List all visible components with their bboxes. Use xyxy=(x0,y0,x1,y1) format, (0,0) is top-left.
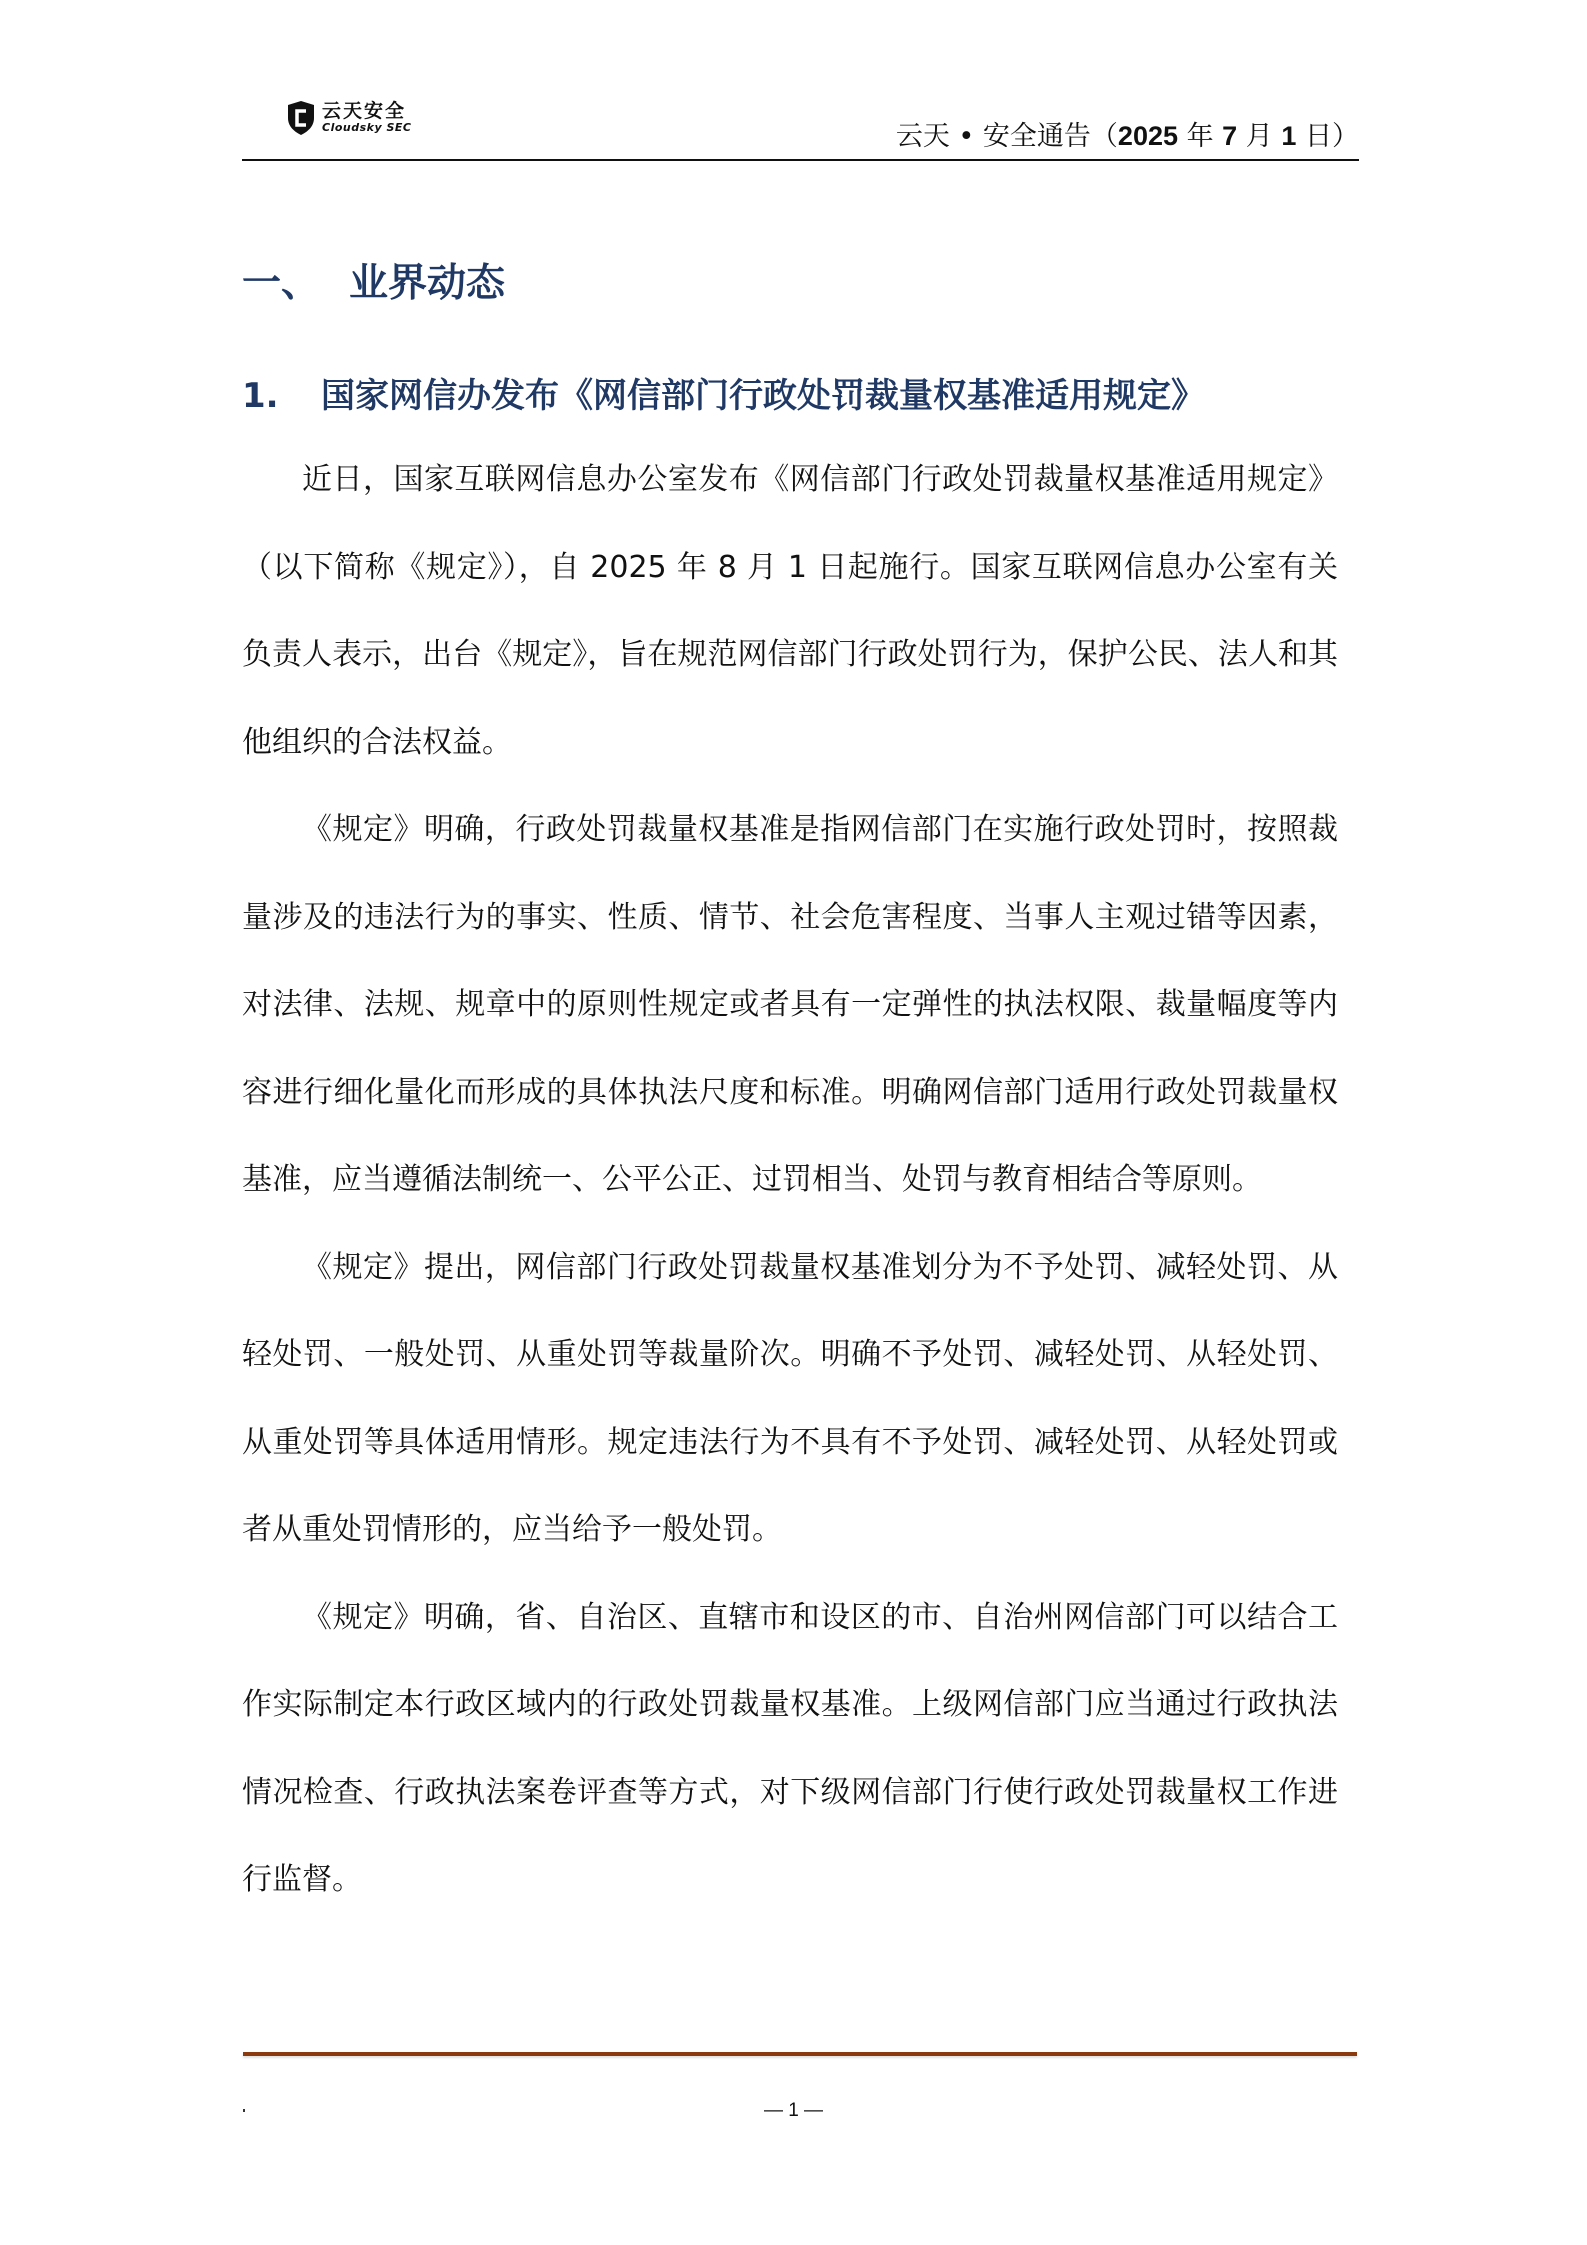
paragraph: 《规定》明确，省、自治区、直辖市和设区的市、自治州网信部门可以结合工作实际制定本… xyxy=(242,1574,1338,1924)
paragraph: 《规定》提出，网信部门行政处罚裁量权基准划分为不予处罚、减轻处罚、从轻处罚、一般… xyxy=(242,1224,1338,1574)
bulletin-day: 1 xyxy=(1281,121,1296,151)
article-body: 近日，国家互联网信息办公室发布《网信部门行政处罚裁量权基准适用规定》（以下简称《… xyxy=(242,436,1338,1924)
logo-chinese-name: 云天安全 xyxy=(322,101,411,121)
logo-english-name: Cloudsky SEC xyxy=(322,121,411,135)
month-unit: 月 xyxy=(1237,121,1281,152)
year-unit: 年 xyxy=(1178,121,1222,152)
page-number: — 1 — xyxy=(0,2100,1587,2122)
article-heading: 1.国家网信办发布《网信部门行政处罚裁量权基准适用规定》 xyxy=(242,368,1205,417)
bulletin-title-prefix: 云天 • 安全通告（ xyxy=(896,121,1118,152)
section-number: 一、 xyxy=(242,252,349,308)
brand-logo: 云天安全 Cloudsky SEC xyxy=(286,100,411,136)
header-divider xyxy=(242,159,1359,161)
paragraph: 近日，国家互联网信息办公室发布《网信部门行政处罚裁量权基准适用规定》（以下简称《… xyxy=(242,436,1338,786)
article-title: 国家网信办发布《网信部门行政处罚裁量权基准适用规定》 xyxy=(321,376,1205,416)
bulletin-year: 2025 xyxy=(1118,121,1178,151)
article-number: 1. xyxy=(242,376,321,416)
section-heading: 一、业界动态 xyxy=(242,252,505,308)
bulletin-title: 云天 • 安全通告（2025 年 7 月 1 日） xyxy=(896,114,1359,153)
bulletin-month: 7 xyxy=(1222,121,1237,151)
page-header: 云天安全 Cloudsky SEC 云天 • 安全通告（2025 年 7 月 1… xyxy=(242,96,1359,162)
shield-c-icon xyxy=(286,100,316,136)
footer-divider xyxy=(243,2052,1357,2056)
day-unit: 日） xyxy=(1296,121,1359,152)
paragraph: 《规定》明确，行政处罚裁量权基准是指网信部门在实施行政处罚时，按照裁量涉及的违法… xyxy=(242,786,1338,1224)
section-title: 业界动态 xyxy=(349,261,505,306)
